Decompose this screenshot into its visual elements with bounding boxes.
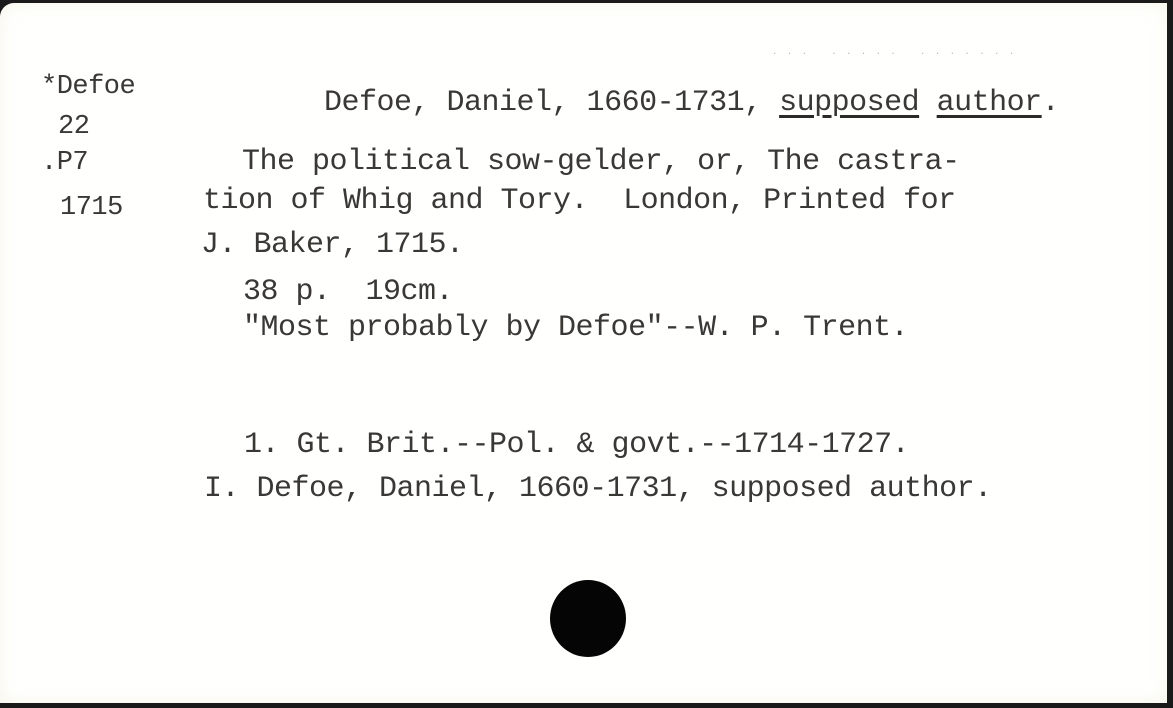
punch-hole xyxy=(550,580,626,657)
call-number-line-3: .P7 xyxy=(41,150,88,177)
call-number-line-2: 22 xyxy=(58,114,89,141)
subject-tracing: 1. Gt. Brit.--Pol. & govt.--1714-1727. xyxy=(244,430,909,460)
catalog-card: *Defoe 22 .P7 1715 · · · · · · · · · · ·… xyxy=(0,3,1167,703)
collation-line: 38 p. 19cm. xyxy=(243,277,453,307)
imprint-line: J. Baker, 1715. xyxy=(201,230,464,260)
title-line-1: The political sow-gelder, or, The castra… xyxy=(242,147,960,177)
call-number-line-1: *Defoe xyxy=(41,74,135,101)
title-line-2: tion of Whig and Tory. London, Printed f… xyxy=(203,186,956,216)
heading-end: . xyxy=(1042,86,1060,120)
heading-role-supposed: supposed xyxy=(779,86,919,120)
heading-author: Defoe, Daniel, 1660-1731, xyxy=(324,86,779,120)
note-line: "Most probably by Defoe"--W. P. Trent. xyxy=(243,313,908,343)
call-number-line-4: 1715 xyxy=(60,195,123,222)
heading-role-author: author xyxy=(937,86,1042,120)
heading-line: Defoe, Daniel, 1660-1731, supposed autho… xyxy=(254,58,1059,148)
added-entry-tracing: I. Defoe, Daniel, 1660-1731, supposed au… xyxy=(204,474,992,504)
